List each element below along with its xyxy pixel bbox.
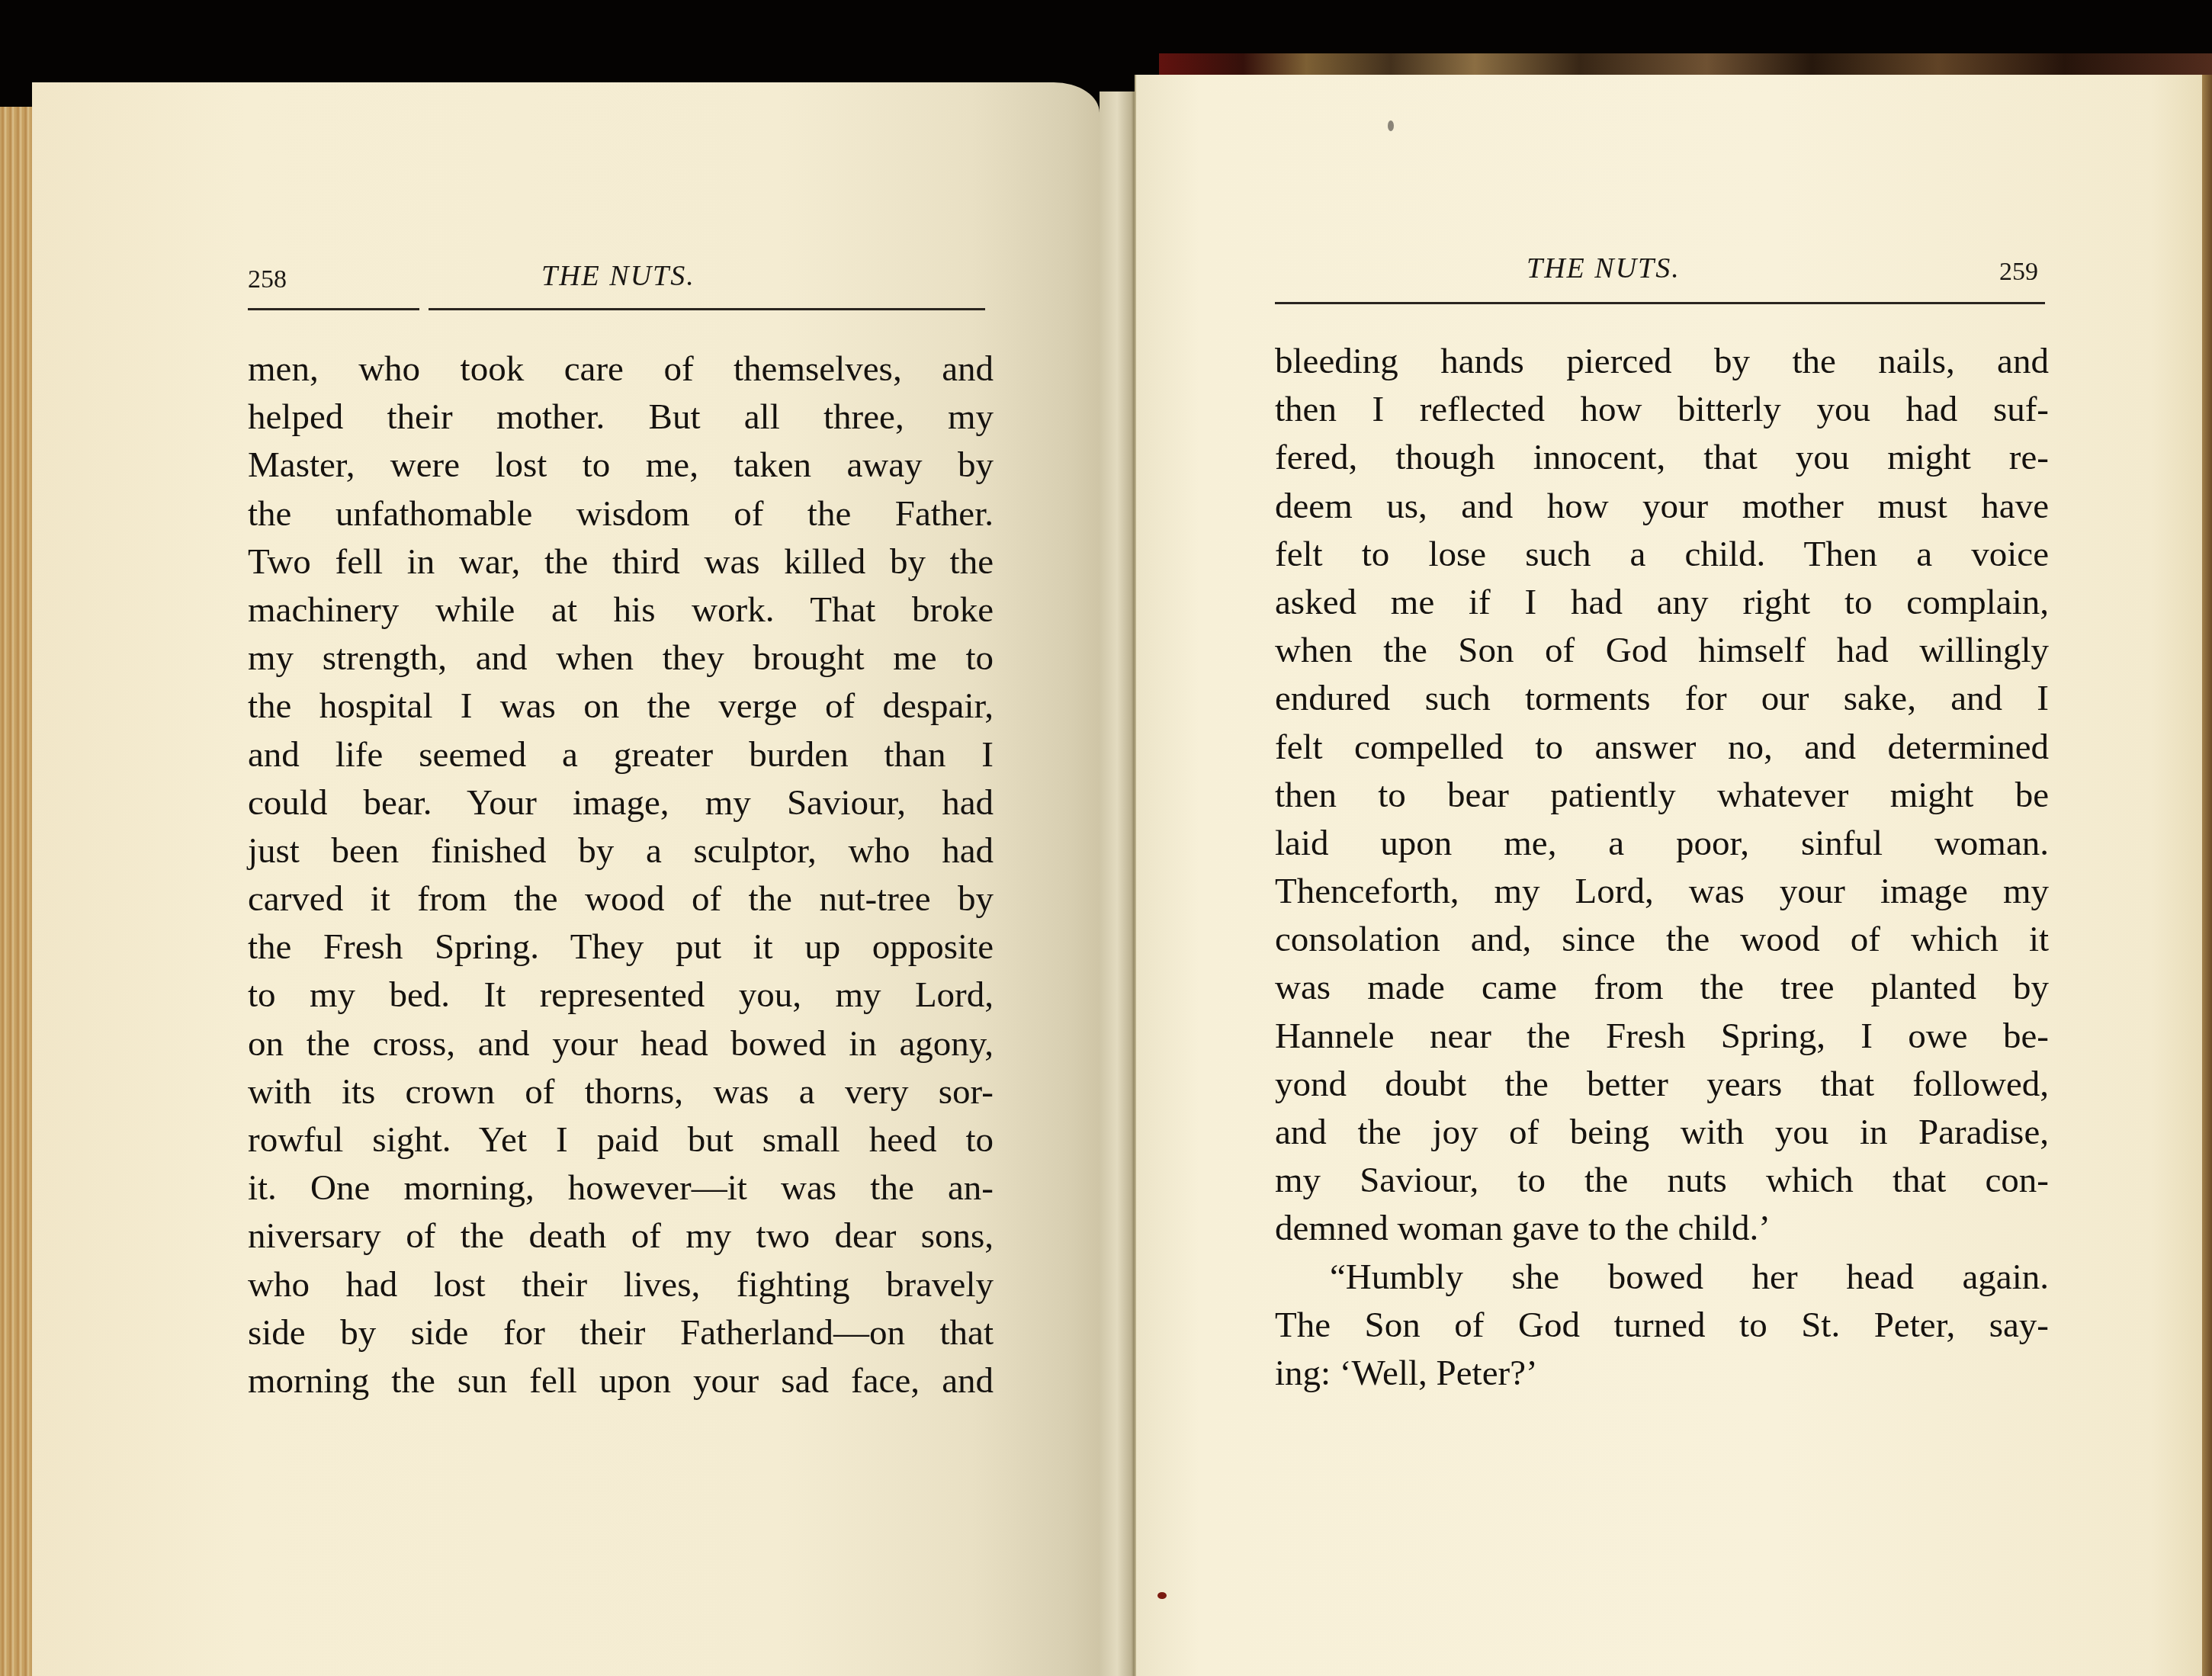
- right-page-body: bleeding hands pierced by the nails, and…: [1275, 338, 2049, 1398]
- text-line: the Fresh Spring. They put it up opposit…: [248, 923, 994, 971]
- text-line: and the joy of being with you in Paradis…: [1275, 1109, 2049, 1157]
- text-line: Master, were lost to me, taken away by: [248, 441, 994, 490]
- left-page-body: men, who took care of themselves, and he…: [248, 345, 994, 1405]
- text-line: was made came from the tree planted by: [1275, 964, 2049, 1012]
- right-page: THE NUTS. 259 bleeding hands pierced by …: [1135, 75, 2204, 1676]
- text-line: felt compelled to answer no, and determi…: [1275, 724, 2049, 772]
- text-line: the hospital I was on the verge of despa…: [248, 682, 994, 730]
- text-line: on the cross, and your head bowed in ago…: [248, 1020, 994, 1068]
- text-line: asked me if I had any right to complain,: [1275, 579, 2049, 627]
- right-header-rule: [1275, 302, 2045, 304]
- text-line: rowful sight. Yet I paid but small heed …: [248, 1116, 994, 1164]
- text-line: fered, though innocent, that you might r…: [1275, 434, 2049, 482]
- left-running-head: 258 THE NUTS.: [248, 259, 980, 305]
- book-gutter: [1100, 92, 1135, 1676]
- text-line: machinery while at his work. That broke: [248, 586, 994, 634]
- text-line: and life seemed a greater burden than I: [248, 731, 994, 779]
- text-line: my Saviour, to the nuts which that con-: [1275, 1157, 2049, 1205]
- text-line: then to bear patiently whatever might be: [1275, 772, 2049, 820]
- text-line: demned woman gave to the child.’: [1275, 1205, 2049, 1253]
- text-line: just been finished by a sculptor, who ha…: [248, 827, 994, 875]
- right-running-title: THE NUTS.: [1527, 252, 1681, 285]
- text-line: morning the sun fell upon your sad face,…: [248, 1357, 994, 1405]
- text-line: helped their mother. But all three, my: [248, 393, 994, 441]
- text-line: The Son of God turned to St. Peter, say-: [1275, 1302, 2049, 1350]
- left-header-rule-short: [248, 308, 419, 310]
- text-line: bleeding hands pierced by the nails, and: [1275, 338, 2049, 386]
- text-line: when the Son of God himself had willingl…: [1275, 627, 2049, 675]
- left-page-fore-edge: [0, 107, 34, 1676]
- right-running-head: THE NUTS. 259: [1275, 252, 2045, 297]
- text-line: “Humbly she bowed her head again.: [1275, 1254, 2049, 1302]
- left-header-rule-long: [429, 308, 985, 310]
- text-line: with its crown of thorns, was a very sor…: [248, 1068, 994, 1116]
- right-page-number: 259: [1999, 258, 2038, 287]
- right-page-fore-edge: [2202, 75, 2212, 1676]
- text-line: who had lost their lives, fighting brave…: [248, 1261, 994, 1309]
- left-page-number: 258: [248, 265, 287, 294]
- text-line: felt to lose such a child. Then a voice: [1275, 531, 2049, 579]
- text-line: consolation and, since the wood of which…: [1275, 916, 2049, 964]
- text-line: side by side for their Fatherland—on tha…: [248, 1309, 994, 1357]
- text-line: Thenceforth, my Lord, was your image my: [1275, 868, 2049, 916]
- paper-blemish: [1157, 1592, 1167, 1599]
- text-line: Hannele near the Fresh Spring, I owe be-: [1275, 1013, 2049, 1061]
- text-line: yond doubt the better years that followe…: [1275, 1061, 2049, 1109]
- text-line: it. One morning, however—it was the an-: [248, 1164, 994, 1212]
- text-line: carved it from the wood of the nut-tree …: [248, 875, 994, 923]
- text-line: Two fell in war, the third was killed by…: [248, 538, 994, 586]
- text-line: deem us, and how your mother must have: [1275, 483, 2049, 531]
- text-line: my strength, and when they brought me to: [248, 634, 994, 682]
- left-running-title: THE NUTS.: [541, 259, 695, 293]
- text-line: to my bed. It represented you, my Lord,: [248, 971, 994, 1019]
- text-line: laid upon me, a poor, sinful woman.: [1275, 820, 2049, 868]
- paper-blemish: [1388, 120, 1394, 131]
- text-line: ing: ‘Well, Peter?’: [1275, 1350, 2049, 1398]
- text-line: then I reflected how bitterly you had su…: [1275, 386, 2049, 434]
- left-page: 258 THE NUTS. men, who took care of them…: [32, 82, 1100, 1676]
- text-line: endured such torments for our sake, and …: [1275, 675, 2049, 723]
- text-line: niversary of the death of my two dear so…: [248, 1212, 994, 1260]
- text-line: the unfathomable wisdom of the Father.: [248, 490, 994, 538]
- text-line: men, who took care of themselves, and: [248, 345, 994, 393]
- text-line: could bear. Your image, my Saviour, had: [248, 779, 994, 827]
